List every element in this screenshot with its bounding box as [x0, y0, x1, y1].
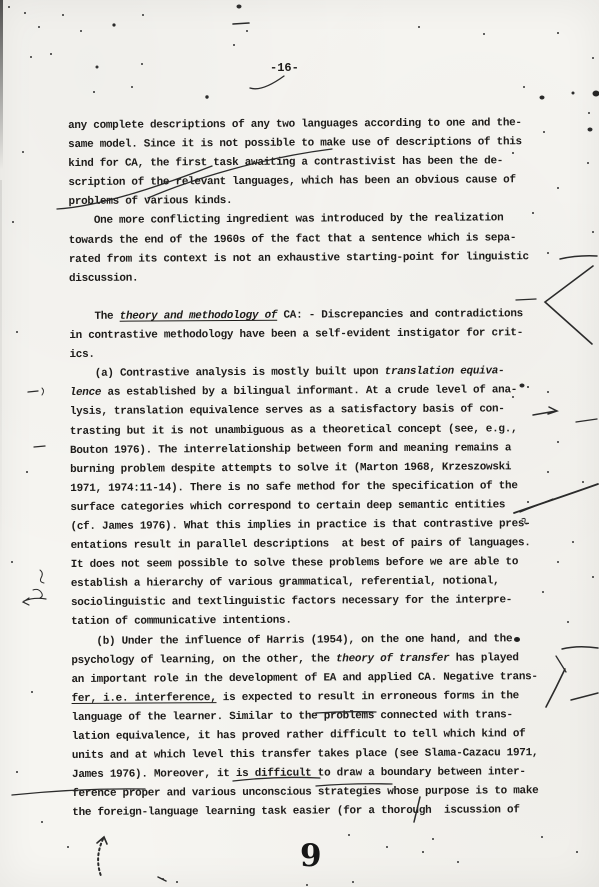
- scanned-document-page: -16- any complete descriptions of any tw…: [0, 0, 599, 887]
- text-line: trasting but it is not unambiguous as a …: [70, 419, 570, 441]
- pen-dash-top: [233, 23, 249, 24]
- text-line: rated from its context is not an exhaust…: [69, 248, 569, 270]
- scan-edge-artifact-faint: [0, 180, 2, 580]
- pen-tick-bottom: [158, 877, 166, 881]
- pen-dash-right-3: [576, 419, 597, 422]
- text-line: towards the end of the 1960s of the fact…: [69, 229, 569, 251]
- pen-margin-arrow: [23, 598, 46, 605]
- text-line: Bouton 1976). The interrelationship betw…: [70, 439, 570, 461]
- pen-swoosh-page-number: [250, 76, 284, 89]
- text-line: (b) Under the influence of Harris (1954)…: [71, 629, 571, 651]
- typewritten-text: any complete descriptions of any two lan…: [68, 114, 572, 824]
- pen-arrowhead-bottom: [97, 837, 107, 844]
- text-line: the foreign-language learning task easie…: [72, 801, 572, 823]
- page-number: -16-: [270, 61, 299, 75]
- scan-noise-blobs: [0, 0, 4, 3]
- pen-margin-dash-1: [28, 391, 38, 392]
- text-line: sociolinguistic and textlinguistic facto…: [71, 591, 571, 613]
- text-line: lysis, translation equivalence serves as…: [70, 400, 570, 422]
- text-line: One more conflicting ingredient was intr…: [69, 209, 569, 231]
- text-line: scription of the relevant languages, whi…: [68, 171, 568, 193]
- pen-dash-b-2: [571, 693, 598, 700]
- pen-margin-squiggle-1: [40, 570, 44, 583]
- pen-margin-squiggle-2: [33, 589, 42, 598]
- folio-number: 9: [300, 838, 322, 874]
- text-line: in contrastive methodology have been a s…: [69, 324, 569, 346]
- scan-edge-artifact: [0, 0, 3, 170]
- pen-dotted-stroke-bottom: [98, 839, 103, 876]
- pen-margin-hook: [42, 388, 44, 395]
- pen-margin-dash-2: [34, 446, 45, 447]
